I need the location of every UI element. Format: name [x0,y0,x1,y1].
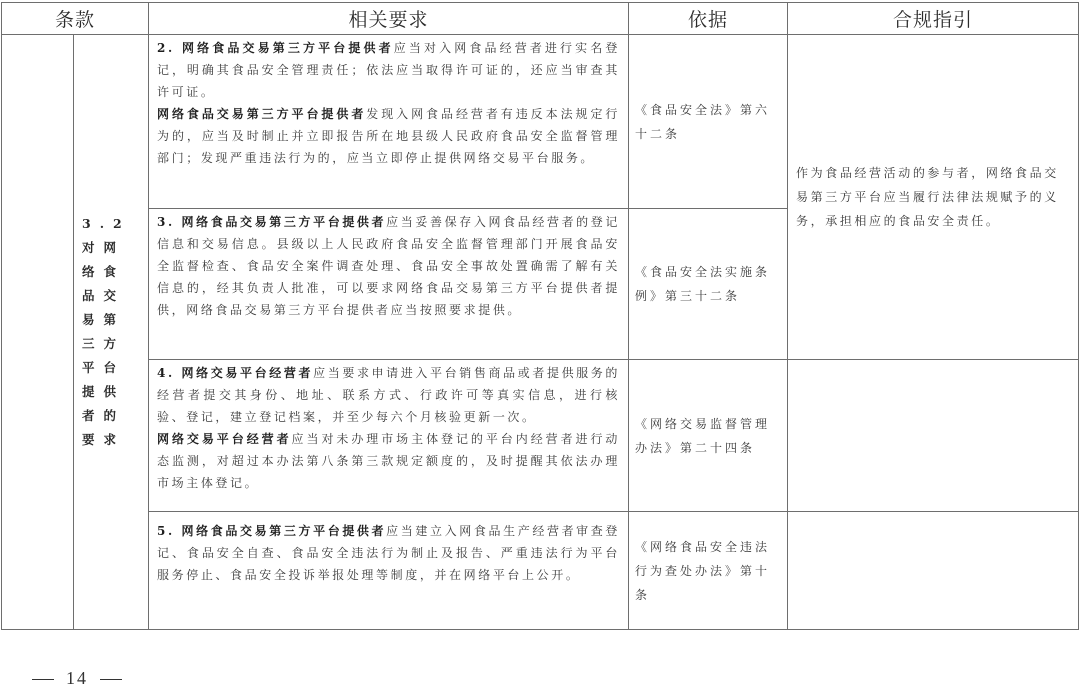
requirement-paragraph: 5. 网络食品交易第三方平台提供者应当建立入网食品生产经营者审查登记、食品安全自… [157,520,620,586]
page-number: 14 [20,668,134,689]
table-row: 5. 网络食品交易第三方平台提供者应当建立入网食品生产经营者审查登记、食品安全自… [2,512,1079,630]
clause-label: 3.2 对网络食品交易第三方平台提供者的要求 [74,35,149,630]
page-number-value: 14 [66,668,88,688]
regulation-table: 条款 相关要求 依据 合规指引 3.2 对网络食品交易第三方平台提供者的要求 2… [1,2,1079,630]
requirement-cell: 3. 网络食品交易第三方平台提供者应当妥善保存入网食品经营者的登记信息和交易信息… [149,209,629,360]
basis-cell: 《食品安全法实施条例》第三十二条 [629,209,788,360]
basis-cell: 《网络交易监督管理办法》第二十四条 [629,360,788,512]
requirement-paragraph: 3. 网络食品交易第三方平台提供者应当妥善保存入网食品经营者的登记信息和交易信息… [157,211,620,321]
table-row: 3.2 对网络食品交易第三方平台提供者的要求 2. 网络食品交易第三方平台提供者… [2,35,1079,209]
dash-left [32,679,54,680]
requirement-subject: 3. 网络食品交易第三方平台提供者 [157,215,386,229]
basis-cell: 《食品安全法》第六十二条 [629,35,788,209]
requirement-paragraph: 4. 网络交易平台经营者应当要求申请进入平台销售商品或者提供服务的经营者提交其身… [157,362,620,428]
requirement-subject: 网络交易平台经营者 [157,432,292,446]
guidance-cell [788,512,1079,630]
clause-blank-cell [2,35,74,630]
guidance-cell: 作为食品经营活动的参与者，网络食品交易第三方平台应当履行法律法规赋予的义务，承担… [788,35,1079,360]
requirement-paragraph: 网络交易平台经营者应当对未办理市场主体登记的平台内经营者进行动态监测，对超过本办… [157,428,620,494]
header-clause: 条款 [2,3,149,35]
header-guidance: 合规指引 [788,3,1079,35]
requirement-paragraph: 网络食品交易第三方平台提供者发现入网食品经营者有违反本法规定行为的，应当及时制止… [157,103,620,169]
guidance-cell [788,360,1079,512]
requirement-cell: 5. 网络食品交易第三方平台提供者应当建立入网食品生产经营者审查登记、食品安全自… [149,512,629,630]
requirement-cell: 2. 网络食品交易第三方平台提供者应当对入网食品经营者进行实名登记，明确其食品安… [149,35,629,209]
requirement-subject: 4. 网络交易平台经营者 [157,366,313,380]
requirement-subject: 网络食品交易第三方平台提供者 [157,107,366,121]
table-row: 4. 网络交易平台经营者应当要求申请进入平台销售商品或者提供服务的经营者提交其身… [2,360,1079,512]
dash-right [100,679,122,680]
table-header-row: 条款 相关要求 依据 合规指引 [2,3,1079,35]
requirement-cell: 4. 网络交易平台经营者应当要求申请进入平台销售商品或者提供服务的经营者提交其身… [149,360,629,512]
requirement-subject: 2. 网络食品交易第三方平台提供者 [157,41,394,55]
requirement-text: 应当妥善保存入网食品经营者的登记信息和交易信息。县级以上人民政府食品安全监督管理… [157,215,620,317]
header-requirements: 相关要求 [149,3,629,35]
basis-cell: 《网络食品安全违法行为查处办法》第十条 [629,512,788,630]
requirement-paragraph: 2. 网络食品交易第三方平台提供者应当对入网食品经营者进行实名登记，明确其食品安… [157,37,620,103]
requirement-subject: 5. 网络食品交易第三方平台提供者 [157,524,386,538]
header-basis: 依据 [629,3,788,35]
